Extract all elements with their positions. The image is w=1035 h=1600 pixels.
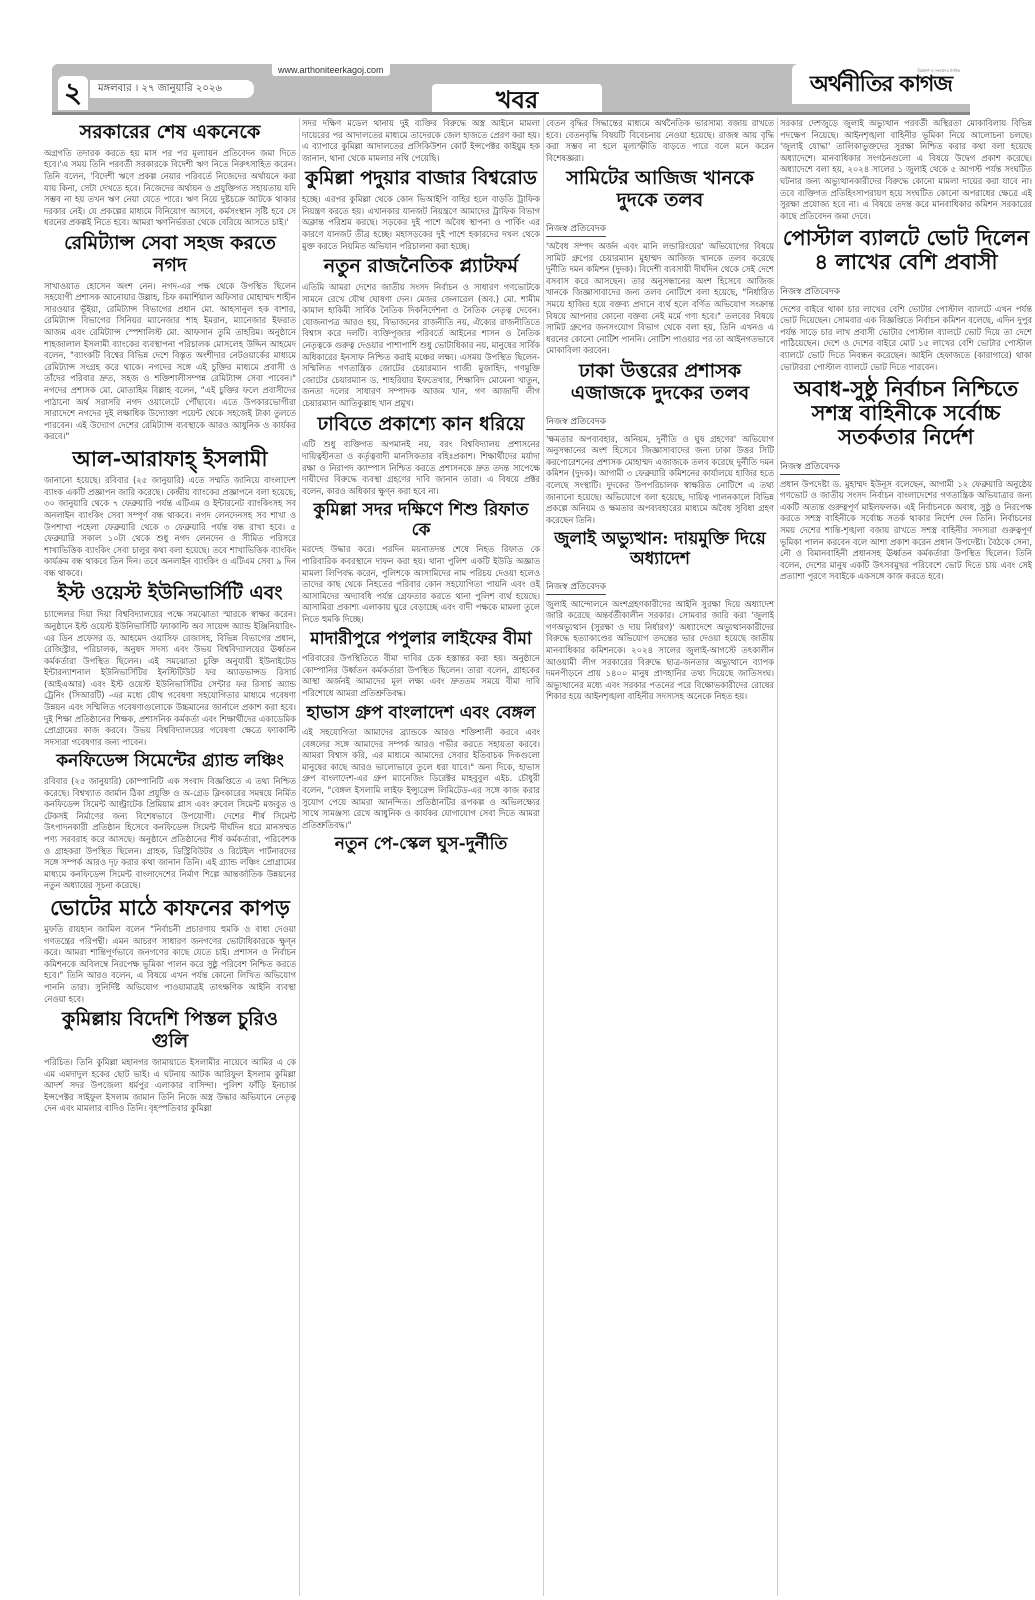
article: সামিটের আজিজ খানকে দুদকে তলব নিজস্ব প্রত… — [546, 168, 774, 357]
newspaper-logo: বিশ্লেষণ ও সংবাদের দৈনিক অর্থনীতির কাগজ — [792, 64, 970, 104]
article-body: সাখাওয়াত হোসেন অংশ নেন। নগদ-এর পক্ষ থেক… — [44, 281, 296, 443]
logo-tagline: বিশ্লেষণ ও সংবাদের দৈনিক — [917, 68, 960, 75]
article-byline: নিজস্ব প্রতিবেদক — [780, 459, 840, 475]
article-body: বেতন বৃদ্ধির সিদ্ধান্তের মাধ্যমে অর্থনৈত… — [546, 118, 774, 164]
article: ঢাকা উত্তরের প্রশাসক এজাজকে দুদকের তলব ন… — [546, 361, 774, 526]
article-byline: নিজস্ব প্রতিবেদক — [546, 579, 606, 595]
article-headline[interactable]: কনফিডেন্স সিমেন্টের গ্র্যান্ড লঞ্চিং — [44, 752, 296, 772]
article-body: রবিবার (২৫ জানুয়ারি) কোম্পানিটি এক সংবা… — [44, 776, 296, 892]
article-headline[interactable]: রেমিট্যান্স সেবা সহজ করতে নগদ — [44, 233, 296, 277]
article: ইস্ট ওয়েস্ট ইউনিভার্সিটি এবং চ্যান্সেলর… — [44, 583, 296, 748]
article-headline[interactable]: পোস্টাল ব্যালটে ভোট দিলেন ৪ লাখের বেশি প… — [780, 226, 1032, 274]
article-body: 'অবৈধ সম্পদ অর্জন এবং মানি লন্ডারিংয়ের'… — [546, 241, 774, 357]
article: মাদারীপুরে পপুলার লাইফের বীমা পরিবারের উ… — [302, 630, 540, 700]
article-body: পরিবারের উপস্থিতিতে বীমা দাবির চেক হস্তা… — [302, 653, 540, 699]
article: নতুন পে-স্কেল ঘুস-দুর্নীতি — [302, 835, 540, 855]
article: ঢাবিতে প্রকাশ্যে কান ধরিয়ে এটি শুধু ব্য… — [302, 414, 540, 498]
article-headline[interactable]: সরকারের শেষ একনেকে — [44, 122, 296, 144]
article: জুলাই অভ্যুত্থান: দায়মুক্তি দিয়ে অধ্যা… — [546, 530, 774, 702]
article: কুমিল্লায় বিদেশি পিস্তল চুরিও গুলি পরিচ… — [44, 1009, 296, 1115]
section-title: খবর — [432, 84, 602, 112]
column-4: সরকার দেশজুড়ে জুলাই অভ্যুত্থান পরবর্তী … — [780, 118, 1032, 1598]
article: সরকারের শেষ একনেকে অগ্রগতি তদারক করতে হয… — [44, 122, 296, 229]
article-headline[interactable]: কুমিল্লায় বিদেশি পিস্তল চুরিও গুলি — [44, 1009, 296, 1053]
column-1: সরকারের শেষ একনেকে অগ্রগতি তদারক করতে হয… — [44, 118, 296, 1598]
article-body: দেশের বাইরে থাকা চার লাখের বেশি ভোটার পো… — [780, 304, 1032, 374]
article-continuation: সরকার দেশজুড়ে জুলাই অভ্যুত্থান পরবর্তী … — [780, 118, 1032, 222]
article-headline[interactable]: ভোটের মাঠে কাফনের কাপড় — [44, 896, 296, 920]
article-body: প্রধান উপদেষ্টা ড. মুহাম্মদ ইউনূস বলেছেন… — [780, 479, 1032, 583]
article: কনফিডেন্স সিমেন্টের গ্র্যান্ড লঞ্চিং রবি… — [44, 752, 296, 891]
article-headline[interactable]: আল-আরাফাহ্ ইসলামী — [44, 447, 296, 471]
article-headline[interactable]: সামিটের আজিজ খানকে দুদকে তলব — [546, 168, 774, 212]
article-continuation: সদর দক্ষিণ মডেল থানায় দুই ব্যক্তির বিরু… — [302, 118, 540, 164]
article-headline[interactable]: ঢাবিতে প্রকাশ্যে কান ধরিয়ে — [302, 414, 540, 436]
article-body: এই সহযোগিতা আমাদের ব্র্যান্ডকে আরও শক্তি… — [302, 727, 540, 831]
article-headline[interactable]: জুলাই অভ্যুত্থান: দায়মুক্তি দিয়ে অধ্যা… — [546, 530, 774, 569]
article: ভোটের মাঠে কাফনের কাপড় মুফতি রায়হান জা… — [44, 896, 296, 1005]
article-continuation: বেতন বৃদ্ধির সিদ্ধান্তের মাধ্যমে অর্থনৈত… — [546, 118, 774, 164]
article-body: জানানো হয়েছে। রবিবার (২৫ জানুয়ারি) এতে… — [44, 475, 296, 579]
article-headline[interactable]: মাদারীপুরে পপুলার লাইফের বীমা — [302, 630, 540, 650]
article-body: মরদেহ উদ্ধার করে। পরদিন ময়নাতদন্ত শেষে … — [302, 544, 540, 625]
article-body: এতিমি আমরা দেশের জাতীয় সংসদ নির্বাচন ও … — [302, 282, 540, 410]
article-body: সদর দক্ষিণ মডেল থানায় দুই ব্যক্তির বিরু… — [302, 118, 540, 164]
article-body: মুফতি রায়হান জামিল বলেন "নির্বাচনী প্রচ… — [44, 924, 296, 1005]
website-link[interactable]: www.arthoniteerkagoj.com — [272, 64, 390, 76]
article-body: 'ক্ষমতার অপব্যবহার, অনিয়ম, দুর্নীতি ও ঘ… — [546, 434, 774, 527]
article-byline: নিজস্ব প্রতিবেদক — [780, 284, 840, 300]
article: পোস্টাল ব্যালটে ভোট দিলেন ৪ লাখের বেশি প… — [780, 226, 1032, 373]
article-body: হচ্ছে। এরপর কুমিল্লা থেকে কোন ভিআইপি বাহ… — [302, 194, 540, 252]
article-body: এটি শুধু ব্যক্তিগত অপমানই নয়, বরং বিশ্ব… — [302, 439, 540, 497]
article: রেমিট্যান্স সেবা সহজ করতে নগদ সাখাওয়াত … — [44, 233, 296, 443]
article-headline[interactable]: ঢাকা উত্তরের প্রশাসক এজাজকে দুদকের তলব — [546, 361, 774, 405]
article: আল-আরাফাহ্ ইসলামী জানানো হয়েছে। রবিবার … — [44, 447, 296, 579]
article-headline[interactable]: ইস্ট ওয়েস্ট ইউনিভার্সিটি এবং — [44, 583, 296, 605]
article-byline: নিজস্ব প্রতিবেদক — [546, 414, 606, 430]
column-divider — [543, 118, 544, 1596]
column-2: সদর দক্ষিণ মডেল থানায় দুই ব্যক্তির বিরু… — [302, 118, 540, 1598]
column-3: বেতন বৃদ্ধির সিদ্ধান্তের মাধ্যমে অর্থনৈত… — [546, 118, 774, 1598]
article-body: সরকার দেশজুড়ে জুলাই অভ্যুত্থান পরবর্তী … — [780, 118, 1032, 222]
column-divider — [299, 118, 300, 1596]
article: কুমিল্লা সদর দক্ষিণে শিশু রিফাত কে মরদেহ… — [302, 501, 540, 625]
column-divider — [777, 118, 778, 1596]
article-body: চ্যান্সেলর দিয়া দিয়া বিশ্ববিদ্যালয়ের … — [44, 609, 296, 748]
article-headline[interactable]: নতুন রাজনৈতিক প্ল্যাটফর্ম — [302, 256, 540, 278]
article-headline[interactable]: অবাধ-সুষ্ঠু নির্বাচন নিশ্চিতে সশস্ত্র বা… — [780, 377, 1032, 449]
article-body: পরিচিত। তিনি কুমিল্লা মহানগর জামায়াতে ই… — [44, 1057, 296, 1115]
article-headline[interactable]: কুমিল্লা পদুয়ার বাজার বিশ্বরোড — [302, 168, 540, 190]
article-body: জুলাই আন্দোলনে অংশগ্রহণকারীদের আইনি সুরক… — [546, 599, 774, 703]
article: হাভাস গ্রুপ বাংলাদেশ এবং বেঙ্গল এই সহযোগ… — [302, 704, 540, 832]
article: অবাধ-সুষ্ঠু নির্বাচন নিশ্চিতে সশস্ত্র বা… — [780, 377, 1032, 583]
article-headline[interactable]: কুমিল্লা সদর দক্ষিণে শিশু রিফাত কে — [302, 501, 540, 540]
article-headline[interactable]: নতুন পে-স্কেল ঘুস-দুর্নীতি — [302, 835, 540, 855]
article-byline: নিজস্ব প্রতিবেদক — [546, 221, 606, 237]
article-headline[interactable]: হাভাস গ্রুপ বাংলাদেশ এবং বেঙ্গল — [302, 704, 540, 724]
article-body: অগ্রগতি তদারক করতে হয় মাস পর পর মূল্যায… — [44, 148, 296, 229]
article: কুমিল্লা পদুয়ার বাজার বিশ্বরোড হচ্ছে। এ… — [302, 168, 540, 252]
article: নতুন রাজনৈতিক প্ল্যাটফর্ম এতিমি আমরা দেশ… — [302, 256, 540, 409]
issue-date: মঙ্গলবার । ২৭ জানুয়ারি ২০২৬ — [90, 80, 254, 98]
page-number: ২ — [58, 76, 88, 110]
